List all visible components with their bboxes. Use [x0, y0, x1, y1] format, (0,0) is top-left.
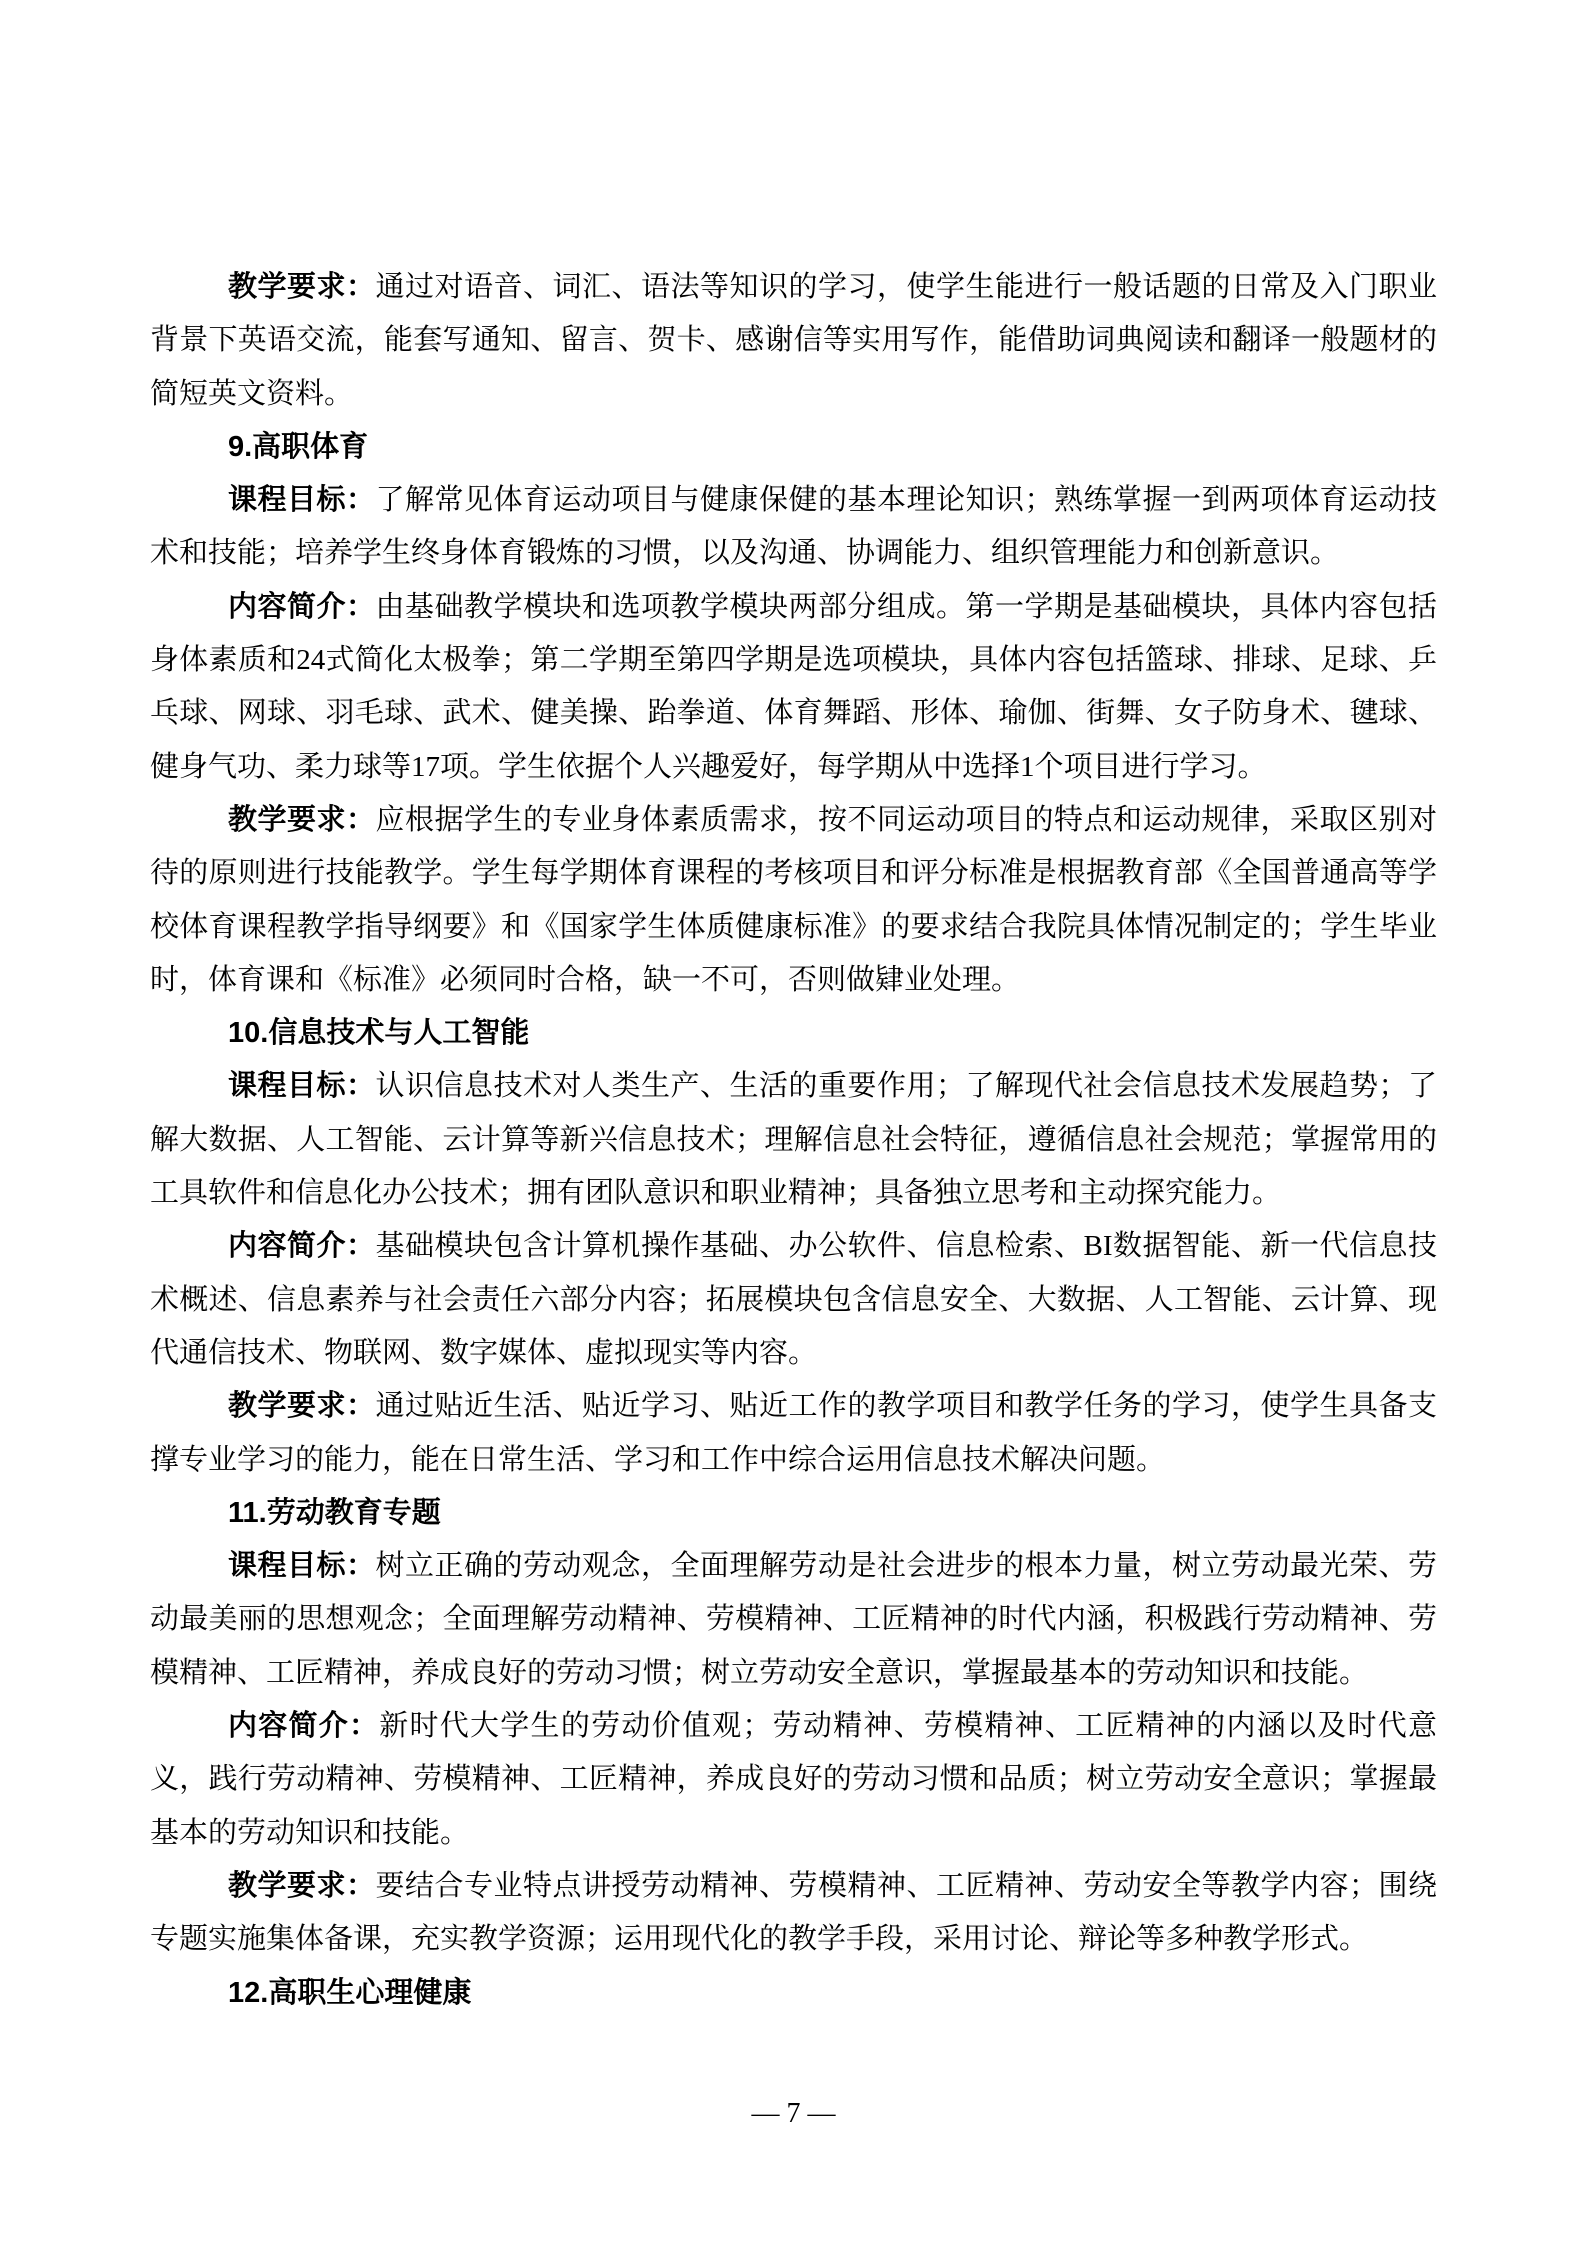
paragraph-label: 内容简介： — [228, 591, 376, 623]
section-heading-12-mental-health: 12.高职生心理健康 — [150, 1967, 1437, 2020]
document-page: 教学要求：通过对语音、词汇、语法等知识的学习，使学生能进行一般话题的日常及入门职… — [0, 0, 1587, 2245]
paragraph-content-intro-labor: 内容简介：新时代大学生的劳动价值观；劳动精神、劳模精神、工匠精神的内涵以及时代意… — [150, 1700, 1437, 1860]
paragraph-content-intro-pe: 内容简介：由基础教学模块和选项教学模块两部分组成。第一学期是基础模块，具体内容包… — [150, 581, 1437, 794]
paragraph-label: 教学要求： — [228, 1870, 376, 1902]
section-heading-text: 10.信息技术与人工智能 — [228, 1017, 529, 1049]
paragraph-course-objectives-it: 课程目标：认识信息技术对人类生产、生活的重要作用；了解现代社会信息技术发展趋势；… — [150, 1060, 1437, 1220]
paragraph-label: 内容简介： — [228, 1710, 379, 1742]
paragraph-label: 教学要求： — [228, 271, 376, 303]
section-heading-10-information-technology-ai: 10.信息技术与人工智能 — [150, 1007, 1437, 1060]
paragraph-label: 课程目标： — [228, 484, 376, 516]
paragraph-course-objectives-labor: 课程目标：树立正确的劳动观念，全面理解劳动是社会进步的根本力量，树立劳动最光荣、… — [150, 1540, 1437, 1700]
paragraph-course-objectives-pe: 课程目标：了解常见体育运动项目与健康保健的基本理论知识；熟练掌握一到两项体育运动… — [150, 474, 1437, 581]
document-body: 教学要求：通过对语音、词汇、语法等知识的学习，使学生能进行一般话题的日常及入门职… — [150, 261, 1437, 2020]
paragraph-teaching-requirements-pe: 教学要求：应根据学生的专业身体素质需求，按不同运动项目的特点和运动规律，采取区别… — [150, 794, 1437, 1007]
page-number: — 7 — — [0, 2087, 1587, 2140]
paragraph-teaching-requirements-labor: 教学要求：要结合专业特点讲授劳动精神、劳模精神、工匠精神、劳动安全等教学内容；围… — [150, 1860, 1437, 1967]
section-heading-text: 9.高职体育 — [228, 431, 368, 463]
section-heading-text: 12.高职生心理健康 — [228, 1977, 471, 2009]
paragraph-label: 教学要求： — [228, 804, 376, 836]
paragraph-teaching-requirements-it: 教学要求：通过贴近生活、贴近学习、贴近工作的教学项目和教学任务的学习，使学生具备… — [150, 1380, 1437, 1487]
paragraph-label: 教学要求： — [228, 1390, 376, 1422]
section-heading-11-labor-education: 11.劳动教育专题 — [150, 1487, 1437, 1540]
section-heading-text: 11.劳动教育专题 — [228, 1497, 441, 1529]
paragraph-label: 内容简介： — [228, 1230, 376, 1262]
section-heading-9-physical-education: 9.高职体育 — [150, 421, 1437, 474]
paragraph-label: 课程目标： — [228, 1550, 376, 1582]
paragraph-content-intro-it: 内容简介：基础模块包含计算机操作基础、办公软件、信息检索、BI数据智能、新一代信… — [150, 1220, 1437, 1380]
paragraph-label: 课程目标： — [228, 1070, 376, 1102]
paragraph-teaching-requirements-english: 教学要求：通过对语音、词汇、语法等知识的学习，使学生能进行一般话题的日常及入门职… — [150, 261, 1437, 421]
